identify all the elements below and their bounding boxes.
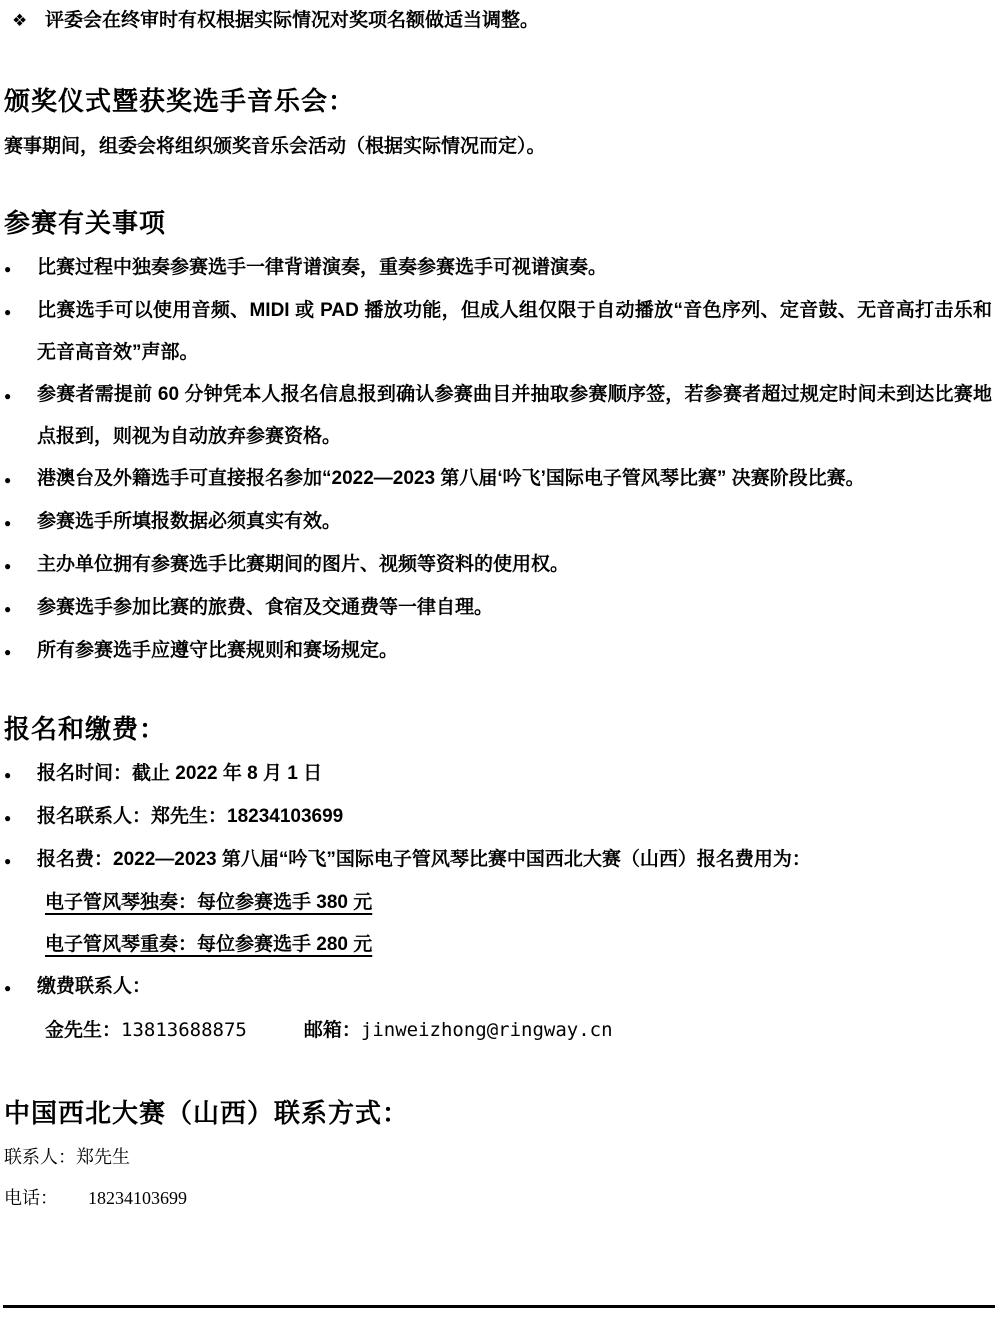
- bullet-text: 港澳台及外籍选手可直接报名参加“2022—2023 第八届‘吟飞’国际电子管风琴…: [37, 458, 992, 501]
- circle-bullet-icon: ●: [4, 559, 11, 573]
- bullet-text: 缴费联系人：: [37, 966, 992, 1009]
- bullet-text: 报名联系人：郑先生：18234103699: [37, 796, 992, 839]
- circle-bullet-icon: ●: [4, 602, 11, 616]
- top-note-text: 评委会在终审时有权根据实际情况对奖项名额做适当调整。: [45, 6, 539, 36]
- payment-contact-phone: 13813688875: [121, 1019, 247, 1041]
- bullet-text: 报名费：2022—2023 第八届“吟飞”国际电子管风琴比赛中国西北大赛（山西）…: [37, 839, 992, 882]
- circle-bullet-icon: ●: [4, 473, 11, 487]
- contact-person-value: 郑先生: [76, 1147, 130, 1167]
- diamond-bullet-icon: ❖: [12, 11, 27, 30]
- ceremony-note-text: 赛事期间，组委会将组织颁奖音乐会活动（根据实际情况而定）。: [4, 132, 992, 162]
- bullet-text: 主办单位拥有参赛选手比赛期间的图片、视频等资料的使用权。: [37, 544, 992, 587]
- bullet-item-rules-compliance: ● 所有参赛选手应遵守比赛规则和赛场规定。: [4, 630, 992, 673]
- bullet-marker-cell: ●: [4, 796, 37, 839]
- contact-person-label: 联系人：: [4, 1147, 76, 1167]
- bullet-text: 报名时间：截止 2022 年 8 月 1 日: [37, 753, 992, 796]
- contact-phone-label: 电话：: [4, 1188, 58, 1208]
- payment-contact-name: 金先生：: [45, 1020, 121, 1041]
- bullet-marker-cell: ●: [4, 587, 37, 630]
- bullet-item-checkin-rule: ● 参赛者需提前 60 分钟凭本人报名信息报到确认参赛曲目并抽取参赛顺序签，若参…: [4, 374, 992, 458]
- bullet-text: 比赛选手可以使用音频、MIDI 或 PAD 播放功能，但成人组仅限于自动播放“音…: [37, 290, 992, 374]
- bullet-item-deadline: ● 报名时间：截止 2022 年 8 月 1 日: [4, 753, 992, 796]
- bullet-marker-cell: ●: [4, 374, 37, 458]
- payment-detail-line: 金先生：13813688875邮箱：jinweizhong@ringway.cn: [4, 1009, 992, 1052]
- circle-bullet-icon: ●: [4, 389, 11, 403]
- email-value: jinweizhong@ringway.cn: [361, 1019, 613, 1041]
- document-page: ❖ 评委会在终审时有权根据实际情况对奖项名额做适当调整。 颁奖仪式暨获奖选手音乐…: [0, 0, 1000, 1317]
- heading-participation-matters: 参赛有关事项: [4, 207, 992, 239]
- bullet-marker-cell: ●: [4, 839, 37, 882]
- bullet-marker-cell: ●: [4, 290, 37, 374]
- contact-person-line: 联系人：郑先生: [4, 1137, 992, 1178]
- bullet-item-media-rights: ● 主办单位拥有参赛选手比赛期间的图片、视频等资料的使用权。: [4, 544, 992, 587]
- bullet-marker-cell: ●: [4, 753, 37, 796]
- bullet-marker-cell: ●: [4, 544, 37, 587]
- top-note: ❖ 评委会在终审时有权根据实际情况对奖项名额做适当调整。: [4, 6, 992, 36]
- circle-bullet-icon: ●: [4, 981, 11, 995]
- fee-ensemble-line: 电子管风琴重奏：每位参赛选手 280 元: [4, 924, 992, 966]
- bullet-item-registration-fee: ● 报名费：2022—2023 第八届“吟飞”国际电子管风琴比赛中国西北大赛（山…: [4, 839, 992, 882]
- fee-solo-line: 电子管风琴独奏：每位参赛选手 380 元: [4, 882, 992, 924]
- heading-northwest-contact: 中国西北大赛（山西）联系方式：: [4, 1097, 992, 1129]
- bullet-text: 参赛选手参加比赛的旅费、食宿及交通费等一律自理。: [37, 587, 992, 630]
- bullet-marker-cell: ●: [4, 501, 37, 544]
- bullet-marker-cell: ●: [4, 247, 37, 290]
- bullet-text: 所有参赛选手应遵守比赛规则和赛场规定。: [37, 630, 992, 673]
- contact-phone-value: 18234103699: [88, 1188, 187, 1208]
- circle-bullet-icon: ●: [4, 305, 11, 319]
- contact-lines: 联系人：郑先生 电话：18234103699: [4, 1137, 992, 1219]
- bullet-text: 参赛者需提前 60 分钟凭本人报名信息报到确认参赛曲目并抽取参赛顺序签，若参赛者…: [37, 374, 992, 458]
- payment-email-group: 邮箱：jinweizhong@ringway.cn: [304, 1020, 613, 1041]
- circle-bullet-icon: ●: [4, 768, 11, 782]
- bullet-item-registration-contact: ● 报名联系人：郑先生：18234103699: [4, 796, 992, 839]
- bullet-item-midi-pad-rule: ● 比赛选手可以使用音频、MIDI 或 PAD 播放功能，但成人组仅限于自动播放…: [4, 290, 992, 374]
- bullet-item-performance-rule: ● 比赛过程中独奏参赛选手一律背谱演奏，重奏参赛选手可视谱演奏。: [4, 247, 992, 290]
- heading-awards-ceremony: 颁奖仪式暨获奖选手音乐会：: [4, 85, 992, 117]
- bullet-item-overseas-entry: ● 港澳台及外籍选手可直接报名参加“2022—2023 第八届‘吟飞’国际电子管…: [4, 458, 992, 501]
- registration-bullet-list: ● 报名时间：截止 2022 年 8 月 1 日 ● 报名联系人：郑先生：182…: [4, 753, 992, 1052]
- footer-divider: [3, 1305, 995, 1308]
- heading-registration-payment: 报名和缴费：: [4, 713, 992, 745]
- circle-bullet-icon: ●: [4, 811, 11, 825]
- contact-phone-line: 电话：18234103699: [4, 1178, 992, 1219]
- bullet-text: 比赛过程中独奏参赛选手一律背谱演奏，重奏参赛选手可视谱演奏。: [37, 247, 992, 290]
- circle-bullet-icon: ●: [4, 262, 11, 276]
- circle-bullet-icon: ●: [4, 854, 11, 868]
- bullet-marker-cell: ●: [4, 458, 37, 501]
- circle-bullet-icon: ●: [4, 645, 11, 659]
- bullet-item-expenses: ● 参赛选手参加比赛的旅费、食宿及交通费等一律自理。: [4, 587, 992, 630]
- bullet-marker-cell: ●: [4, 630, 37, 673]
- email-label: 邮箱：: [304, 1020, 361, 1041]
- circle-bullet-icon: ●: [4, 516, 11, 530]
- bullet-marker-cell: ●: [4, 966, 37, 1009]
- bullet-item-payment-contact: ● 缴费联系人：: [4, 966, 992, 1009]
- participation-bullet-list: ● 比赛过程中独奏参赛选手一律背谱演奏，重奏参赛选手可视谱演奏。 ● 比赛选手可…: [4, 247, 992, 673]
- bullet-item-data-validity: ● 参赛选手所填报数据必须真实有效。: [4, 501, 992, 544]
- bullet-text: 参赛选手所填报数据必须真实有效。: [37, 501, 992, 544]
- top-note-marker-cell: ❖: [12, 6, 45, 36]
